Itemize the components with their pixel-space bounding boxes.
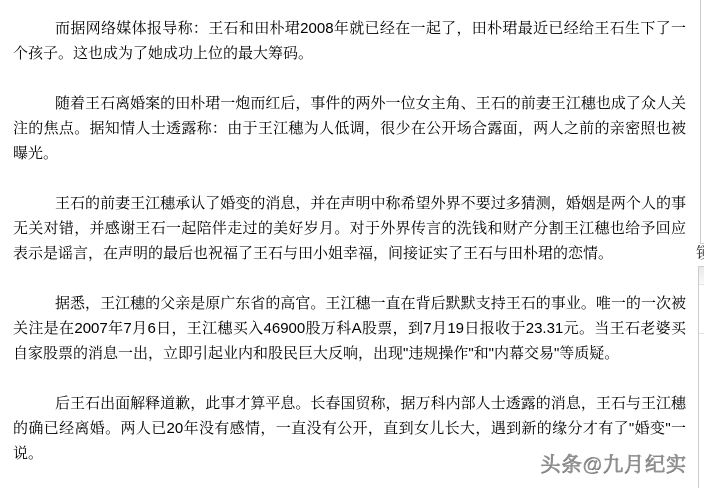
- right-panel-header-fragment: [699, 267, 704, 285]
- paragraph: 王石的前妻王江穗承认了婚变的消息，并在声明中称希望外界不要过多猜测，婚姻是两个人…: [13, 191, 686, 266]
- watermark: 头条@九月纪实: [540, 448, 687, 477]
- right-panel-top-fragment: [700, 0, 704, 244]
- right-panel-bottom-fragment: [698, 266, 704, 488]
- paragraph: 随着王石离婚案的田朴珺一炮而红后，事件的两外一位女主角、王石的前妻王江穗也成了众…: [13, 91, 686, 166]
- right-panel-text-fragment: 锁: [696, 245, 704, 263]
- article-page: 而据网络媒体报导称：王石和田朴珺2008年就已经在一起了，田朴珺最近已经给王石生…: [0, 0, 704, 488]
- right-panel-divider: [699, 333, 704, 334]
- paragraph: 据悉，王江穗的父亲是原广东省的高官。王江穗一直在背后默默支持王石的事业。唯一的一…: [13, 291, 686, 366]
- paragraph: 而据网络媒体报导称：王石和田朴珺2008年就已经在一起了，田朴珺最近已经给王石生…: [13, 16, 686, 66]
- article-body: 而据网络媒体报导称：王石和田朴珺2008年就已经在一起了，田朴珺最近已经给王石生…: [13, 16, 686, 488]
